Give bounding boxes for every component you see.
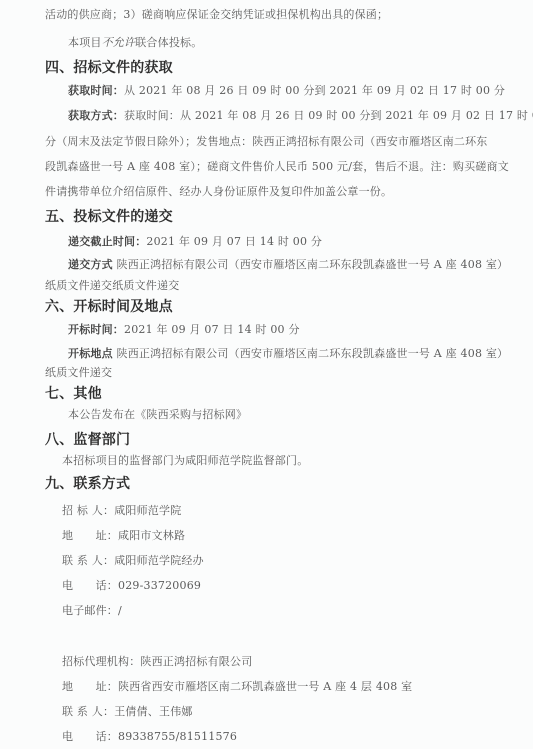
agency-phone-label: 电 话： xyxy=(62,730,118,743)
obtain-method-row: 获取方式：获取时间：从 2021 年 08 月 26 日 09 时 00 分到 … xyxy=(68,107,533,123)
submission-method-cont: 纸质文件递交纸质文件递交 xyxy=(45,277,179,293)
tenderer-contact-label: 联 系 人： xyxy=(62,554,114,567)
tenderer-name-label: 招 标 人： xyxy=(62,504,114,517)
opening-place-label: 开标地点 xyxy=(68,347,113,360)
obtain-method-line2: 分（周末及法定节假日除外）；发售地点：陕西正鸿招标有限公司（西安市雁塔区南二环东 xyxy=(45,133,488,149)
obtain-time-label: 获取时间： xyxy=(68,84,124,97)
supervision-text: 本招标项目的监督部门为咸阳师范学院监督部门。 xyxy=(62,452,308,468)
tenderer-address-label: 地 址： xyxy=(62,529,118,542)
tenderer-contact-row: 联 系 人：咸阳师范学院经办 xyxy=(62,552,204,568)
obtain-method-line3: 段凯森盛世一号 A 座 408 室）；磋商文件售价人民币 500 元/套，售后不… xyxy=(45,158,509,174)
submission-method-row: 递交方式 陕西正鸿招标有限公司（西安市雁塔区南二环东段凯森盛世一号 A 座 40… xyxy=(68,256,508,272)
tenderer-address-value: 咸阳市文林路 xyxy=(118,529,185,542)
consortium-emphasis: 不允许 xyxy=(102,36,136,49)
agency-phone-value: 89338755/81511576 xyxy=(118,730,237,743)
agency-address-label: 地 址： xyxy=(62,680,118,693)
obtain-time-value: 从 2021 年 08 月 26 日 09 时 00 分到 2021 年 09 … xyxy=(124,84,505,97)
tenderer-phone-label: 电 话： xyxy=(62,579,118,592)
section-heading-supervision: 八、监督部门 xyxy=(45,429,130,449)
obtain-time-row: 获取时间：从 2021 年 08 月 26 日 09 时 00 分到 2021 … xyxy=(68,82,505,98)
opening-place-value: 陕西正鸿招标有限公司（西安市雁塔区南二环东段凯森盛世一号 A 座 408 室） xyxy=(117,347,509,360)
tenderer-contact-value: 咸阳师范学院经办 xyxy=(114,554,204,567)
submission-method-label: 递交方式 xyxy=(68,258,113,271)
agency-name-row: 招标代理机构：陕西正鸿招标有限公司 xyxy=(62,653,252,669)
section-heading-other: 七、其他 xyxy=(45,383,102,403)
agency-contact-row: 联 系 人：王倩倩、王伟娜 xyxy=(62,703,193,719)
submission-deadline-value: 2021 年 09 月 07 日 14 时 00 分 xyxy=(146,235,322,248)
tenderer-address-row: 地 址：咸阳市文林路 xyxy=(62,527,185,543)
tenderer-email-row: 电子邮件：/ xyxy=(62,602,122,618)
other-text: 本公告发布在《陕西采购与招标网》 xyxy=(68,406,247,422)
tenderer-email-label: 电子邮件： xyxy=(62,604,118,617)
consortium-suffix: 联合体投标。 xyxy=(135,36,202,49)
section-heading-submission: 五、投标文件的递交 xyxy=(45,206,173,226)
agency-contact-label: 联 系 人： xyxy=(62,705,114,718)
obtain-method-line1: 获取时间：从 2021 年 08 月 26 日 09 时 00 分到 2021 … xyxy=(124,109,533,122)
obtain-method-label: 获取方式： xyxy=(68,109,124,122)
submission-deadline-label: 递交截止时间： xyxy=(68,235,146,248)
section-heading-obtain-documents: 四、招标文件的获取 xyxy=(45,57,173,77)
tenderer-phone-row: 电 话：029-33720069 xyxy=(62,577,201,593)
opening-place-cont: 纸质文件递交 xyxy=(45,364,112,380)
opening-place-row: 开标地点 陕西正鸿招标有限公司（西安市雁塔区南二环东段凯森盛世一号 A 座 40… xyxy=(68,345,508,361)
obtain-method-line4: 件请携带单位介绍信原件、经办人身份证原件及复印件加盖公章一份。 xyxy=(45,183,392,199)
agency-name-label: 招标代理机构： xyxy=(62,655,140,668)
submission-deadline-row: 递交截止时间：2021 年 09 月 07 日 14 时 00 分 xyxy=(68,233,322,249)
opening-time-label: 开标时间： xyxy=(68,323,124,336)
agency-contact-value: 王倩倩、王伟娜 xyxy=(114,705,192,718)
intro-text-line: 活动的供应商；3）磋商响应保证金交纳凭证或担保机构出具的保函； xyxy=(45,6,388,22)
agency-address-row: 地 址：陕西省西安市雁塔区南二环凯森盛世一号 A 座 4 层 408 室 xyxy=(62,678,412,694)
tenderer-phone-value: 029-33720069 xyxy=(118,579,201,592)
tenderer-name-value: 咸阳师范学院 xyxy=(114,504,181,517)
agency-phone-row: 电 话：89338755/81511576 xyxy=(62,728,237,744)
consortium-prefix: 本项目 xyxy=(68,36,102,49)
opening-time-value: 2021 年 09 月 07 日 14 时 00 分 xyxy=(124,323,300,336)
submission-method-value: 陕西正鸿招标有限公司（西安市雁塔区南二环东段凯森盛世一号 A 座 408 室） xyxy=(117,258,509,271)
agency-name-value: 陕西正鸿招标有限公司 xyxy=(140,655,252,668)
tenderer-email-value: / xyxy=(118,604,122,617)
agency-address-value: 陕西省西安市雁塔区南二环凯森盛世一号 A 座 4 层 408 室 xyxy=(118,680,412,693)
section-heading-bid-opening: 六、开标时间及地点 xyxy=(45,296,173,316)
tender-announcement-page: 活动的供应商；3）磋商响应保证金交纳凭证或担保机构出具的保函； 本项目不允许联合… xyxy=(0,0,533,749)
section-heading-contact: 九、联系方式 xyxy=(45,473,130,493)
tenderer-name-row: 招 标 人：咸阳师范学院 xyxy=(62,502,181,518)
consortium-statement: 本项目不允许联合体投标。 xyxy=(68,34,202,50)
opening-time-row: 开标时间：2021 年 09 月 07 日 14 时 00 分 xyxy=(68,321,300,337)
